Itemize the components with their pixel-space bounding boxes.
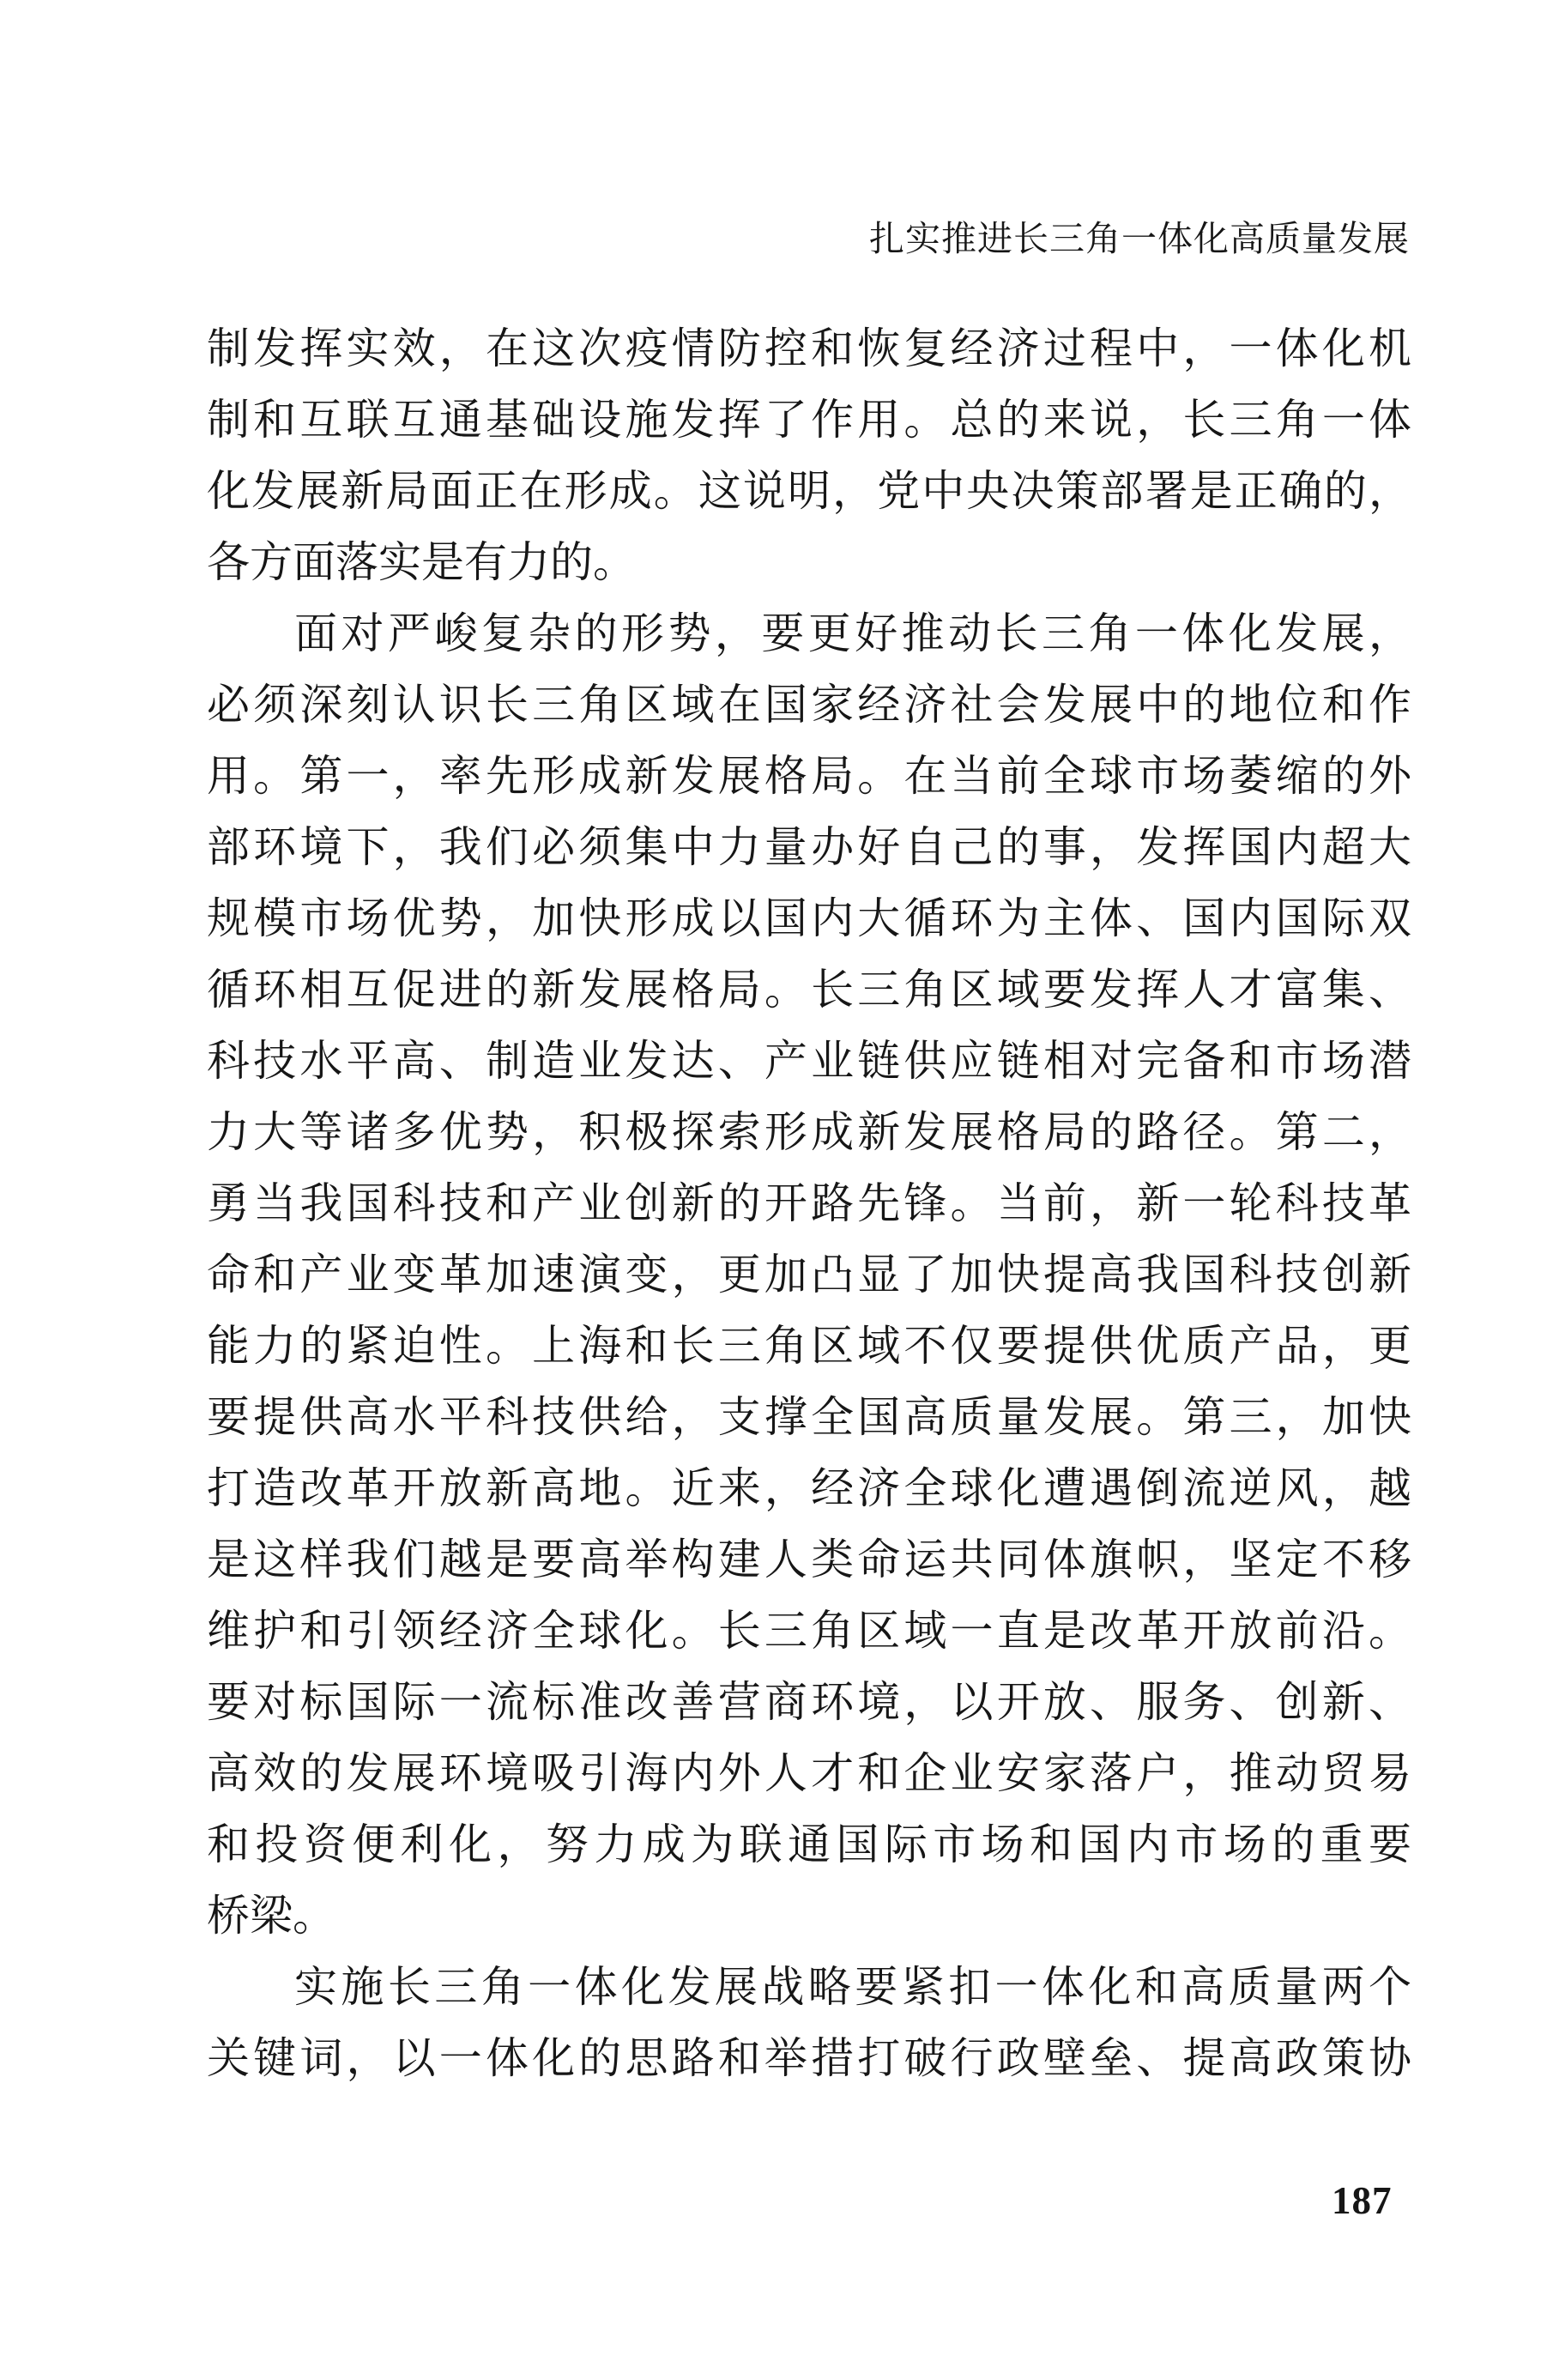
text-line: 维护和引领经济全球化。长三角区域一直是改革开放前沿。 [207, 1596, 1411, 1667]
text-line: 打造改革开放新高地。近来，经济全球化遭遇倒流逆风，越 [207, 1453, 1411, 1524]
text-line: 必须深刻认识长三角区域在国家经济社会发展中的地位和作 [207, 669, 1411, 741]
text-line: 关键词，以一体化的思路和举措打破行政壁垒、提高政策协 [207, 2023, 1411, 2094]
text-line: 高效的发展环境吸引海内外人才和企业安家落户，推动贸易 [207, 1738, 1411, 1809]
text-line: 面对严峻复杂的形势，要更好推动长三角一体化发展， [207, 598, 1411, 669]
text-line: 用。第一，率先形成新发展格局。在当前全球市场萎缩的外 [207, 741, 1411, 812]
text-line: 规模市场优势，加快形成以国内大循环为主体、国内国际双 [207, 883, 1411, 954]
text-line: 制发挥实效，在这次疫情防控和恢复经济过程中，一体化机 [207, 313, 1411, 385]
text-line: 化发展新局面正在形成。这说明，党中央决策部署是正确的， [207, 456, 1411, 527]
text-line: 循环相互促进的新发展格局。长三角区域要发挥人才富集、 [207, 954, 1411, 1026]
book-page: 扎实推进长三角一体化高质量发展 制发挥实效，在这次疫情防控和恢复经济过程中，一体… [0, 0, 1547, 2380]
text-line: 是这样我们越是要高举构建人类命运共同体旗帜，坚定不移 [207, 1524, 1411, 1596]
text-line: 制和互联互通基础设施发挥了作用。总的来说，长三角一体 [207, 385, 1411, 456]
paragraph: 实施长三角一体化发展战略要紧扣一体化和高质量两个 关键词，以一体化的思路和举措打… [207, 1952, 1411, 2094]
body-text: 制发挥实效，在这次疫情防控和恢复经济过程中，一体化机 制和互联互通基础设施发挥了… [207, 313, 1411, 2094]
paragraph: 面对严峻复杂的形势，要更好推动长三角一体化发展， 必须深刻认识长三角区域在国家经… [207, 598, 1411, 1952]
text-line: 科技水平高、制造业发达、产业链供应链相对完备和市场潜 [207, 1026, 1411, 1097]
text-line: 要提供高水平科技供给，支撑全国高质量发展。第三，加快 [207, 1382, 1411, 1453]
text-line: 实施长三角一体化发展战略要紧扣一体化和高质量两个 [207, 1952, 1411, 2023]
text-line: 能力的紧迫性。上海和长三角区域不仅要提供优质产品，更 [207, 1311, 1411, 1382]
text-line: 部环境下，我们必须集中力量办好自己的事，发挥国内超大 [207, 812, 1411, 883]
text-line: 桥梁。 [207, 1880, 1411, 1952]
paragraph: 制发挥实效，在这次疫情防控和恢复经济过程中，一体化机 制和互联互通基础设施发挥了… [207, 313, 1411, 598]
running-header: 扎实推进长三角一体化高质量发展 [869, 215, 1410, 263]
text-line: 命和产业变革加速演变，更加凸显了加快提高我国科技创新 [207, 1239, 1411, 1311]
text-line: 要对标国际一流标准改善营商环境，以开放、服务、创新、 [207, 1667, 1411, 1738]
page-number: 187 [1332, 2182, 1393, 2220]
text-line: 力大等诸多优势，积极探索形成新发展格局的路径。第二， [207, 1097, 1411, 1168]
text-line: 勇当我国科技和产业创新的开路先锋。当前，新一轮科技革 [207, 1168, 1411, 1239]
text-line: 和投资便利化，努力成为联通国际市场和国内市场的重要 [207, 1809, 1411, 1880]
text-line: 各方面落实是有力的。 [207, 527, 1411, 598]
